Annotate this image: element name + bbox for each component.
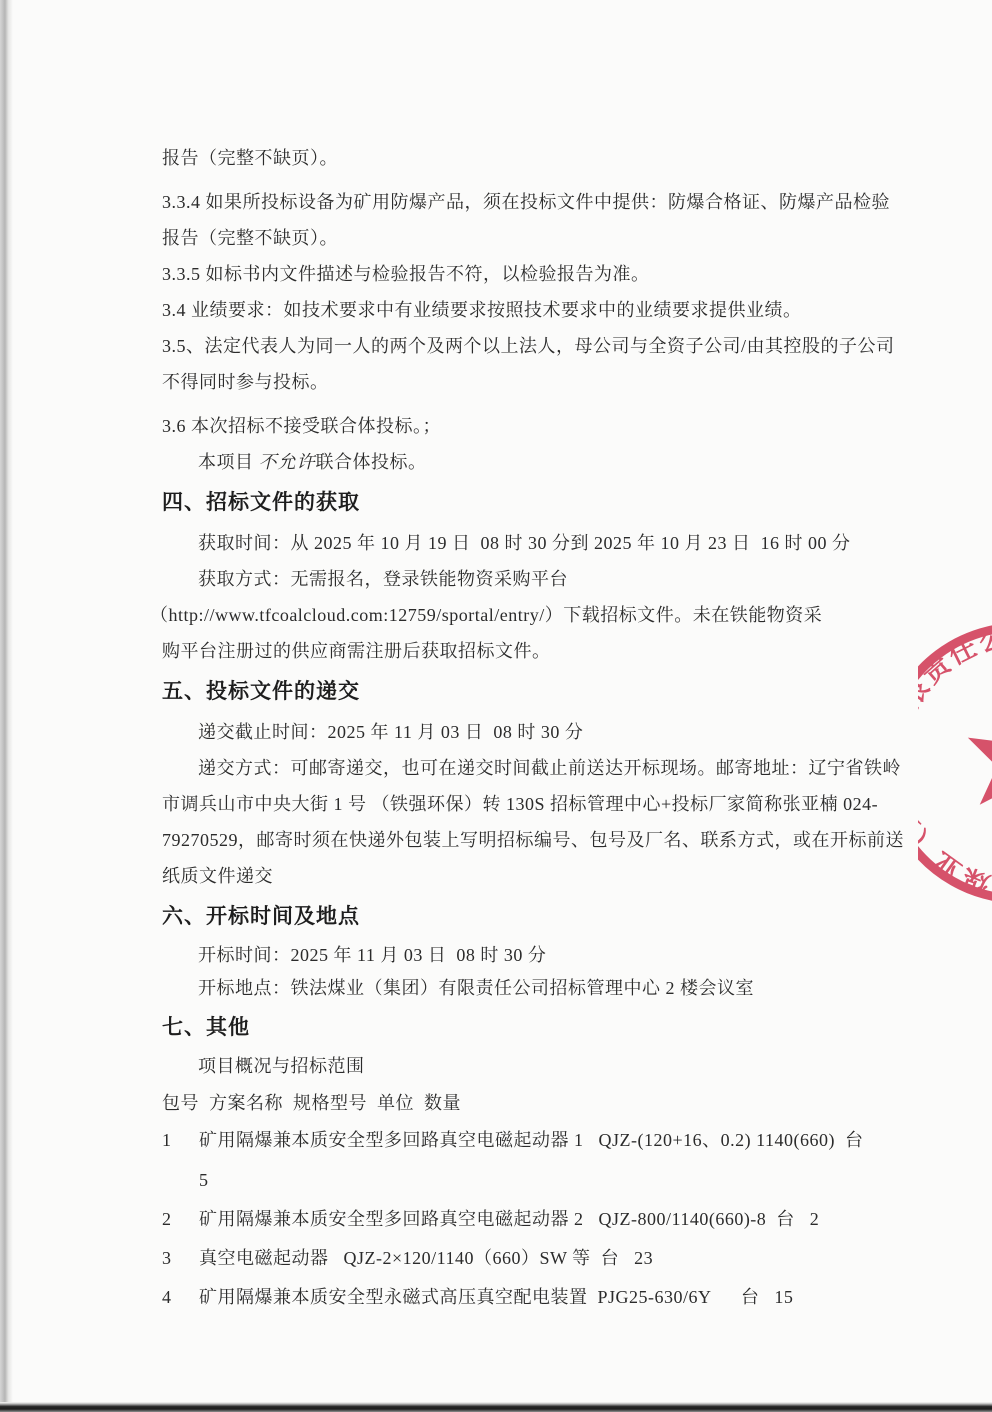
package-desc: 真空电磁起动器 QJZ-2×120/1140（660）SW 等 台 23 xyxy=(199,1239,653,1278)
package-row-4: 4 矿用隔爆兼本质安全型永磁式高压真空配电装置 PJG25-630/6Y 台 1… xyxy=(162,1278,858,1317)
package-no: 4 xyxy=(162,1278,199,1317)
seal-arc-text: 煤业（集团）有限责任公司 xyxy=(918,608,992,903)
acquisition-url-paragraph: （http://www.tfcoalcloud.com:12759/sporta… xyxy=(150,597,858,669)
clause-3-5: 3.5、法定代表人为同一人的两个及两个以上法人，母公司与全资子公司/由其控股的子… xyxy=(162,328,858,400)
package-row-1-line-1: 矿用隔爆兼本质安全型多回路真空电磁起动器 1 QJZ-(120+16、0.2) … xyxy=(199,1121,863,1160)
clause-3-5-line-1: 3.5、法定代表人为同一人的两个及两个以上法人，母公司与全资子公司/由其控股的子… xyxy=(162,328,858,364)
package-desc: 矿用隔爆兼本质安全型永磁式高压真空配电装置 PJG25-630/6Y 台 15 xyxy=(199,1278,793,1317)
clause-3-3-4-line-2: 报告（完整不缺页）。 xyxy=(162,220,858,256)
note-suffix: 联合体投标。 xyxy=(316,452,427,472)
package-no: 1 xyxy=(162,1121,199,1200)
opening-time-line: 开标时间：2025 年 11 月 03 日 08 时 30 分 xyxy=(162,939,858,972)
section-title-other: 七、其他 xyxy=(162,1008,858,1048)
package-no: 2 xyxy=(162,1200,199,1239)
note-emphasis: 不允许 xyxy=(259,452,316,472)
acquisition-url-line-2: 购平台注册过的供应商需注册后获取招标文件。 xyxy=(162,633,858,669)
project-overview-line: 项目概况与招标范围 xyxy=(162,1050,858,1083)
package-row-3: 3 真空电磁起动器 QJZ-2×120/1140（660）SW 等 台 23 xyxy=(162,1239,858,1278)
submission-method-paragraph: 递交方式：可邮寄递交，也可在递交时间截止前送达开标现场。邮寄地址：辽宁省铁岭 市… xyxy=(162,750,858,894)
clause-3-6: 3.6 本次招标不接受联合体投标。； xyxy=(162,408,858,444)
clause-3-3-4: 3.3.4 如果所投标设备为矿用防爆产品，须在投标文件中提供：防爆合格证、防爆产… xyxy=(162,184,858,256)
section-title-opening: 六、开标时间及地点 xyxy=(162,897,858,937)
submission-method-line-2: 市调兵山市中央大街 1 号 （铁强环保）转 130S 招标管理中心+投标厂家简称… xyxy=(162,786,858,822)
section-title-acquisition: 四、招标文件的获取 xyxy=(162,483,858,523)
acquisition-method-line: 获取方式：无需报名，登录铁能物资采购平台 xyxy=(162,561,858,597)
package-desc: 矿用隔爆兼本质安全型多回路真空电磁起动器 1 QJZ-(120+16、0.2) … xyxy=(199,1121,863,1200)
scan-edge-left xyxy=(0,0,13,1412)
document-content: 报告（完整不缺页）。 3.3.4 如果所投标设备为矿用防爆产品，须在投标文件中提… xyxy=(162,140,858,1317)
note-prefix: 本项目 xyxy=(198,452,259,472)
clause-3-5-line-2: 不得同时参与投标。 xyxy=(162,364,858,400)
submission-method-line-3: 79270529，邮寄时须在快递外包装上写明招标编号、包号及厂名、联系方式，或在… xyxy=(162,822,858,858)
company-seal: 煤业（集团）有限责任公司 xyxy=(918,608,992,918)
section-title-submission: 五、投标文件的递交 xyxy=(162,672,858,712)
package-table-header: 包号 方案名称 规格型号 单位 数量 xyxy=(162,1085,858,1121)
package-no: 3 xyxy=(162,1239,199,1278)
clause-3-3-5: 3.3.5 如标书内文件描述与检验报告不符，以检验报告为准。 xyxy=(162,256,858,292)
clause-3-3-4-line-1: 3.3.4 如果所投标设备为矿用防爆产品，须在投标文件中提供：防爆合格证、防爆产… xyxy=(162,184,858,220)
package-row-1: 1 矿用隔爆兼本质安全型多回路真空电磁起动器 1 QJZ-(120+16、0.2… xyxy=(162,1121,858,1200)
svg-text:煤业（集团）有限责任公司: 煤业（集团）有限责任公司 xyxy=(918,608,992,903)
package-row-2: 2 矿用隔爆兼本质安全型多回路真空电磁起动器 2 QJZ-800/1140(66… xyxy=(162,1200,858,1239)
clause-3-4: 3.4 业绩要求：如技术要求中有业绩要求按照技术要求中的业绩要求提供业绩。 xyxy=(162,292,858,328)
submission-deadline-line: 递交截止时间：2025 年 11 月 03 日 08 时 30 分 xyxy=(162,714,858,750)
clause-report-continuation: 报告（完整不缺页）。 xyxy=(162,140,858,176)
seal-star-icon xyxy=(959,698,992,817)
acquisition-url-line-1: （http://www.tfcoalcloud.com:12759/sporta… xyxy=(150,597,858,633)
submission-method-line-1: 递交方式：可邮寄递交，也可在递交时间截止前送达开标现场。邮寄地址：辽宁省铁岭 xyxy=(162,750,858,786)
package-row-1-line-2: 5 xyxy=(199,1160,863,1200)
scan-edge-bottom xyxy=(0,1402,992,1412)
seal-ring xyxy=(918,609,992,916)
acquisition-time-line: 获取时间：从 2025 年 10 月 19 日 08 时 30 分到 2025 … xyxy=(162,525,858,561)
opening-place-line: 开标地点：铁法煤业（集团）有限责任公司招标管理中心 2 楼会议室 xyxy=(162,972,858,1005)
package-desc: 矿用隔爆兼本质安全型多回路真空电磁起动器 2 QJZ-800/1140(660)… xyxy=(199,1200,819,1239)
scanned-document-page: 报告（完整不缺页）。 3.3.4 如果所投标设备为矿用防爆产品，须在投标文件中提… xyxy=(0,0,992,1412)
submission-method-line-4: 纸质文件递交 xyxy=(162,858,858,894)
clause-3-6-note: 本项目 不允许联合体投标。 xyxy=(162,444,858,480)
